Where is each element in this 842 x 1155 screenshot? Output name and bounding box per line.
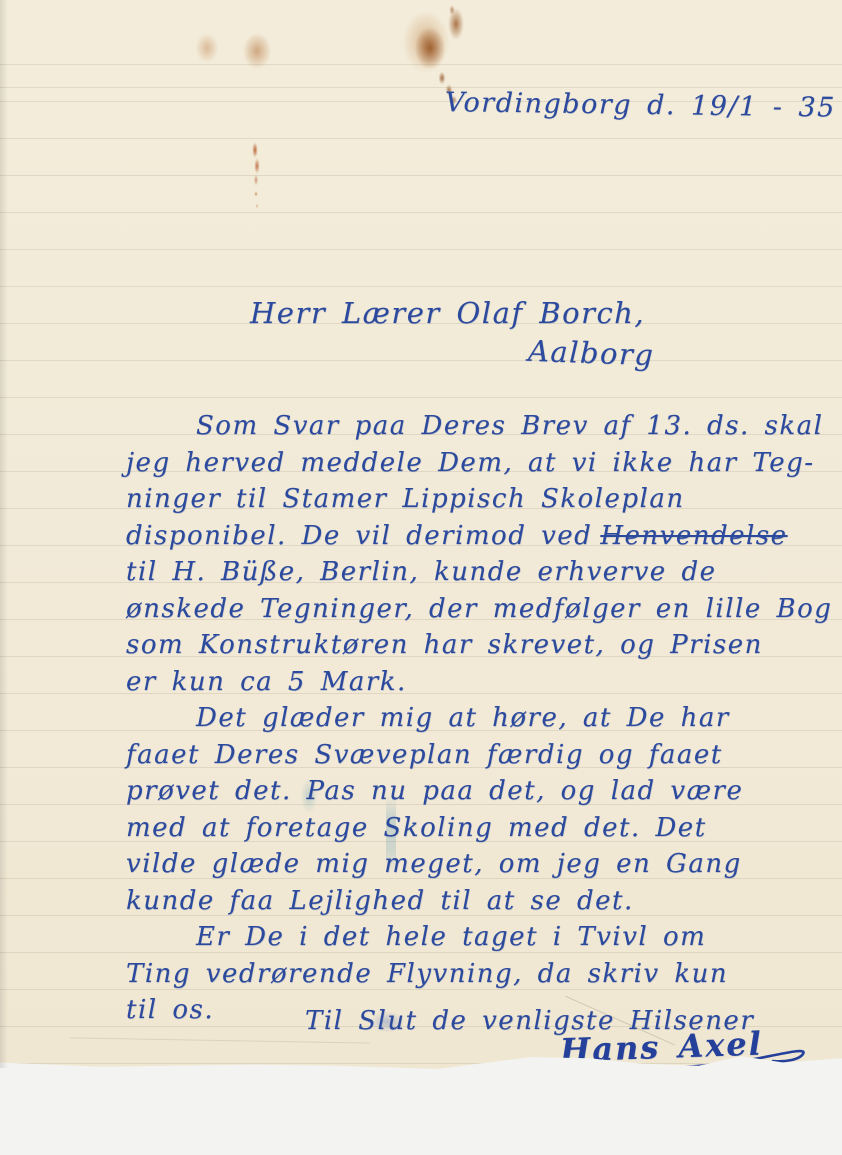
handwritten-line: faaet Deres Svæveplan færdig og faaet [126, 737, 832, 774]
handwritten-line: ønskede Tegninger, der medfølger en lill… [126, 591, 832, 628]
handwritten-line: Som Svar paa Deres Brev af 13. ds. skal [126, 408, 832, 445]
recipient-name: Herr Lærer Olaf Borch, [250, 296, 645, 330]
line-text: disponibel. De vil derimod ved [126, 521, 592, 551]
rust-stain-small-right [236, 24, 278, 78]
signature-flourish [545, 1040, 825, 1074]
struck-word: Henvendelse [600, 521, 787, 551]
handwritten-line: til H. Büße, Berlin, kunde erhverve de [126, 554, 832, 591]
rust-stain-small-left [190, 26, 224, 70]
recipient-city: Aalborg [527, 334, 655, 372]
handwritten-line: som Konstruktøren har skrevet, og Prisen [126, 627, 832, 664]
handwritten-line: Ting vedrørende Flyvning, da skriv kun [126, 956, 832, 993]
handwritten-line: jeg herved meddele Dem, at vi ikke har T… [126, 445, 832, 482]
rust-streak [246, 136, 262, 210]
handwritten-line: ninger til Stamer Lippisch Skoleplan [126, 481, 832, 518]
handwritten-line: kunde faa Lejlighed til at se det. [126, 883, 832, 920]
handwritten-line: med at foretage Skoling med det. Det [126, 810, 832, 847]
date-line: Vordingborg d. 19/1 - 35 - [445, 87, 842, 124]
letter-body: Som Svar paa Deres Brev af 13. ds. skal … [126, 408, 832, 1029]
handwritten-line: vilde glæde mig meget, om jeg en Gang [126, 846, 832, 883]
paper-crease-top [0, 87, 842, 88]
scanner-background: Vordingborg d. 19/1 - 35 - Herr Lærer Ol… [0, 0, 842, 1155]
handwritten-line: er kun ca 5 Mark. [126, 664, 832, 701]
handwritten-line: Er De i det hele taget i Tvivl om [126, 919, 832, 956]
handwritten-line: prøvet det. Pas nu paa det, og lad være [126, 773, 832, 810]
letter-paper: Vordingborg d. 19/1 - 35 - Herr Lærer Ol… [0, 0, 842, 1070]
handwritten-line: Det glæder mig at høre, at De har [126, 700, 832, 737]
handwritten-line: disponibel. De vil derimod vedHenvendels… [126, 518, 832, 555]
paper-crease-bottom-left [70, 1037, 370, 1043]
